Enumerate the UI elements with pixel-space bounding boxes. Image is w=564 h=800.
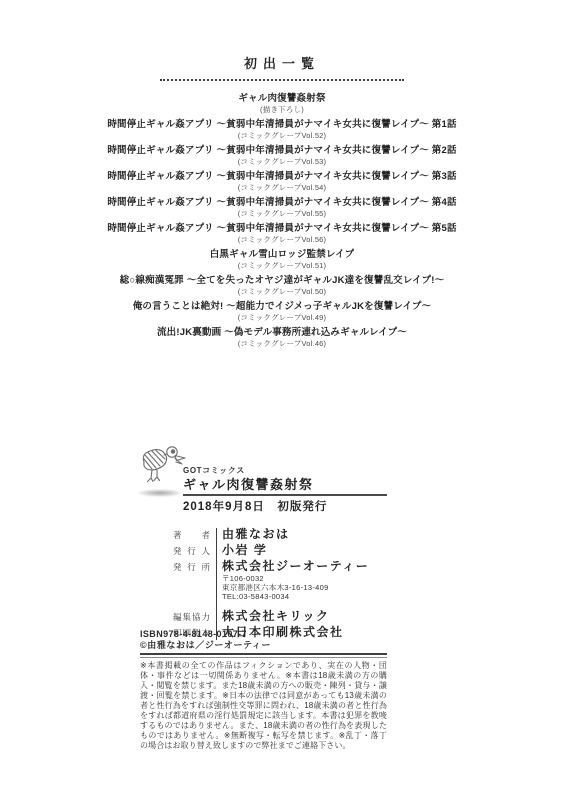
table-row: 編集協力 株式会社キリック: [173, 609, 393, 623]
entry-title: 流出!JK裏動画 ～偽モデル事務所連れ込みギャルレイプ～: [0, 326, 564, 339]
edition-date: 2018年9月8日 初版発行: [183, 500, 327, 514]
entry-title: 時間停止ギャル姦アプリ ～貧弱中年清掃員がナマイキ女共に復讐レイプ～ 第2話: [0, 144, 564, 157]
entry-title: 総○線痴漢冤罪 ～全てを失ったオヤジ達がギャルJK達を復讐乱交レイプ!～: [0, 274, 564, 287]
section-title: 初出一覧: [0, 56, 564, 72]
list-item: 俺の言うことは絶対! ～超能力でイジメっ子ギャルJKを復讐レイプ～ (コミックグ…: [0, 300, 564, 323]
publisher-name: 株式会社ジーオーティー: [222, 559, 369, 573]
list-item: 時間停止ギャル姦アプリ ～貧弱中年清掃員がナマイキ女共に復讐レイプ～ 第4話 (…: [0, 196, 564, 219]
entry-title: 時間停止ギャル姦アプリ ～貧弱中年清掃員がナマイキ女共に復讐レイプ～ 第5話: [0, 222, 564, 235]
row-label: 編集協力: [173, 609, 210, 623]
entry-source: (描き下ろし): [0, 105, 564, 115]
publication-table: 著者 由雅なおは 発行人 小岩 学 発行所 株式会社ジーオーティー 〒106-0…: [173, 527, 393, 641]
entry-source: (コミックグレープVol.51): [0, 261, 564, 271]
row-label: 著者: [173, 527, 210, 541]
imprint-label: GOTコミックス: [183, 466, 245, 475]
entry-source: (コミックグレープVol.55): [0, 209, 564, 219]
entry-source: (コミックグレープVol.50): [0, 287, 564, 297]
copyright-text: ©由雅なおは／ジーオーティー: [140, 640, 271, 651]
list-item: ギャル肉復讐姦射祭 (描き下ろし): [0, 92, 564, 115]
entry-source: (コミックグレープVol.49): [0, 313, 564, 323]
address-tel: TEL:03-5843-0034: [222, 593, 369, 602]
entry-title: 白黒ギャル雪山ロッジ監禁レイプ: [0, 248, 564, 261]
list-item: 時間停止ギャル姦アプリ ～貧弱中年清掃員がナマイキ女共に復讐レイプ～ 第3話 (…: [0, 170, 564, 193]
entry-title: 時間停止ギャル姦アプリ ～貧弱中年清掃員がナマイキ女共に復讐レイプ～ 第1話: [0, 118, 564, 131]
colophon-page: 初出一覧 ギャル肉復讐姦射祭 (描き下ろし) 時間停止ギャル姦アプリ ～貧弱中年…: [0, 0, 564, 800]
table-row: 発行所 株式会社ジーオーティー 〒106-0032 東京都港区六本木3-16-1…: [173, 559, 393, 607]
isbn-text: ISBN978-4-8148-0107-7: [140, 629, 247, 640]
table-vertical-divider: [216, 528, 217, 640]
entry-title: 時間停止ギャル姦アプリ ～貧弱中年清掃員がナマイキ女共に復讐レイプ～ 第4話: [0, 196, 564, 209]
list-item: 時間停止ギャル姦アプリ ～貧弱中年清掃員がナマイキ女共に復讐レイプ～ 第1話 (…: [0, 118, 564, 141]
double-divider: [140, 653, 387, 658]
row-value: 株式会社ジーオーティー 〒106-0032 東京都港区六本木3-16-13-40…: [222, 559, 369, 607]
publisher-address: 〒106-0032 東京都港区六本木3-16-13-409 TEL:03-584…: [222, 575, 369, 601]
row-value: 由雅なおは: [222, 527, 290, 541]
table-row: 著者 由雅なおは: [173, 527, 393, 541]
list-item: 時間停止ギャル姦アプリ ～貧弱中年清掃員がナマイキ女共に復讐レイプ～ 第5話 (…: [0, 222, 564, 245]
publication-list: ギャル肉復讐姦射祭 (描き下ろし) 時間停止ギャル姦アプリ ～貧弱中年清掃員がナ…: [0, 92, 564, 349]
list-item: 総○線痴漢冤罪 ～全てを失ったオヤジ達がギャルJK達を復讐乱交レイプ!～ (コミ…: [0, 274, 564, 297]
entry-title: 時間停止ギャル姦アプリ ～貧弱中年清掃員がナマイキ女共に復讐レイプ～ 第3話: [0, 170, 564, 183]
list-item: 時間停止ギャル姦アプリ ～貧弱中年清掃員がナマイキ女共に復讐レイプ～ 第2話 (…: [0, 144, 564, 167]
logo-shadow: [137, 489, 183, 497]
dotted-divider: [160, 79, 404, 81]
entry-title: ギャル肉復讐姦射祭: [0, 92, 564, 105]
entry-source: (コミックグレープVol.54): [0, 183, 564, 193]
entry-source: (コミックグレープVol.46): [0, 339, 564, 349]
entry-title: 俺の言うことは絶対! ～超能力でイジメっ子ギャルJKを復讐レイプ～: [0, 300, 564, 313]
list-item: 流出!JK裏動画 ～偽モデル事務所連れ込みギャルレイプ～ (コミックグレープVo…: [0, 326, 564, 349]
book-title: ギャル肉復讐姦射祭: [183, 477, 314, 492]
row-label: 発行所: [173, 559, 210, 573]
row-label: 発行人: [173, 543, 210, 557]
title-underline: [183, 494, 387, 496]
entry-source: (コミックグレープVol.56): [0, 235, 564, 245]
row-value: 株式会社キリック: [222, 609, 330, 623]
entry-source: (コミックグレープVol.52): [0, 131, 564, 141]
row-value: 小岩 学: [222, 543, 267, 557]
disclaimer-text: ※本書掲載の全ての作品はフィクションであり、実在の人物・団体・事件などは一切関係…: [140, 661, 387, 751]
list-item: 白黒ギャル雪山ロッジ監禁レイプ (コミックグレープVol.51): [0, 248, 564, 271]
table-row: 発行人 小岩 学: [173, 543, 393, 557]
first-publication-section: 初出一覧 ギャル肉復讐姦射祭 (描き下ろし) 時間停止ギャル姦アプリ ～貧弱中年…: [0, 56, 564, 352]
entry-source: (コミックグレープVol.53): [0, 157, 564, 167]
